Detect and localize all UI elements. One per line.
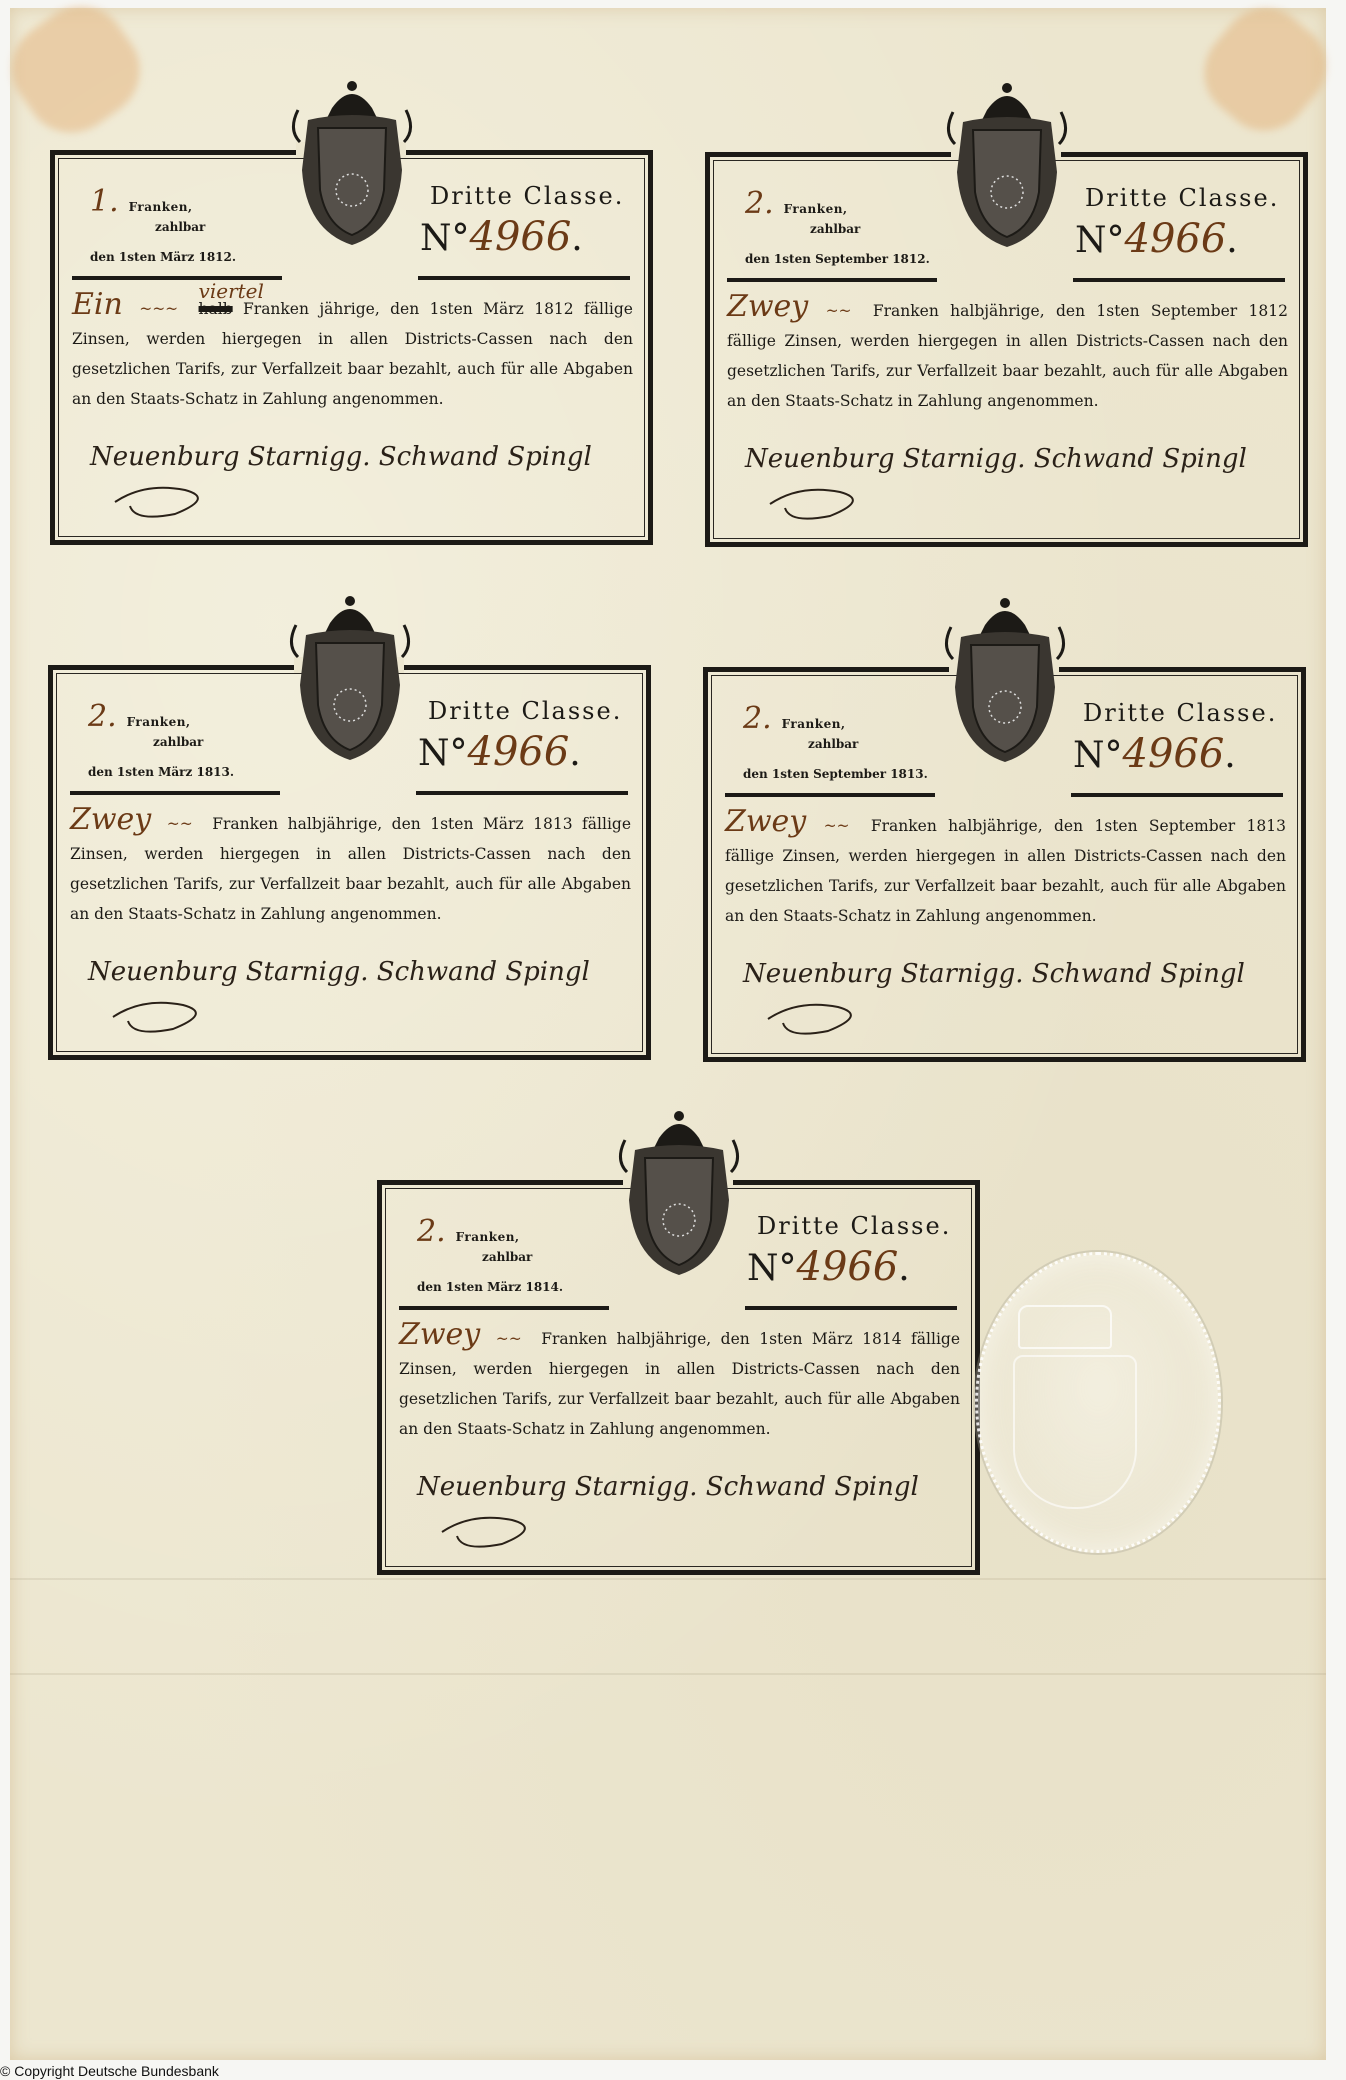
coupon-text: Zwey ~~ Franken halbjährige, den 1sten M… xyxy=(399,1320,960,1444)
signatures: Neuenburg Starnigg. Schwand Spingl xyxy=(90,442,592,472)
coupon-text: Ein ~~~ viertel halb Franken jährige, de… xyxy=(72,290,633,414)
class-label: Dritte Classe. xyxy=(1085,184,1279,212)
payable-label: zahlbar xyxy=(155,220,205,234)
amount-word: Zwey xyxy=(70,802,151,837)
coupon-4: 2. Franken, zahlbar den 1sten September … xyxy=(703,667,1306,1062)
crown-icon xyxy=(1018,1305,1112,1349)
water-stain xyxy=(1186,0,1344,149)
class-label: Dritte Classe. xyxy=(430,182,624,210)
due-date: den 1sten März 1814. xyxy=(417,1280,563,1294)
class-label: Dritte Classe. xyxy=(757,1212,951,1240)
due-date: den 1sten März 1813. xyxy=(88,765,234,779)
water-stain xyxy=(0,0,158,151)
signatures: Neuenburg Starnigg. Schwand Spingl xyxy=(745,444,1247,474)
currency-label: Franken, xyxy=(784,202,848,216)
serial-number: N°4966. xyxy=(420,214,583,260)
due-date: den 1sten März 1812. xyxy=(90,250,236,264)
serial-number: N°4966. xyxy=(747,1244,910,1290)
amount-word: Ein xyxy=(72,287,123,322)
amount-numeral: 2. xyxy=(88,699,117,734)
amount-word: Zwey xyxy=(399,1317,480,1352)
serial-number: N°4966. xyxy=(418,729,581,775)
coupon-2: 2. Franken, zahlbar den 1sten September … xyxy=(705,152,1308,547)
class-label: Dritte Classe. xyxy=(428,697,622,725)
amount-word: Zwey xyxy=(727,289,808,324)
currency-label: Franken, xyxy=(456,1230,520,1244)
amount-numeral: 2. xyxy=(745,186,774,221)
coat-of-arms-icon xyxy=(941,597,1069,767)
signature-flourish-icon xyxy=(105,472,235,520)
coupon-body: Franken halbjährige, den 1sten September… xyxy=(727,302,1288,410)
copyright-notice: © Copyright Deutsche Bundesbank xyxy=(0,2063,219,2079)
coat-of-arms-icon xyxy=(288,80,416,250)
due-date: den 1sten September 1813. xyxy=(743,767,928,781)
coat-of-arms-icon xyxy=(615,1110,743,1280)
signature-flourish-icon xyxy=(103,987,233,1035)
coupon-text: Zwey ~~ Franken halbjährige, den 1sten S… xyxy=(725,807,1286,931)
amount-numeral: 2. xyxy=(417,1214,446,1249)
class-label: Dritte Classe. xyxy=(1083,699,1277,727)
signatures: Neuenburg Starnigg. Schwand Spingl xyxy=(743,959,1245,989)
coupon-5: 2. Franken, zahlbar den 1sten März 1814.… xyxy=(377,1180,980,1575)
amount-word: Zwey xyxy=(725,804,806,839)
due-date: den 1sten September 1812. xyxy=(745,252,930,266)
coat-of-arms-icon xyxy=(286,595,414,765)
coupon-body: Franken halbjährige, den 1sten März 1814… xyxy=(399,1330,960,1438)
shield-icon xyxy=(1013,1355,1137,1509)
currency-label: Franken, xyxy=(127,715,191,729)
signatures: Neuenburg Starnigg. Schwand Spingl xyxy=(88,957,590,987)
currency-label: Franken, xyxy=(129,200,193,214)
signature-flourish-icon xyxy=(758,989,888,1037)
amount-numeral: 1. xyxy=(90,184,119,219)
serial-number: N°4966. xyxy=(1075,216,1238,262)
fold-crease xyxy=(10,1673,1326,1675)
amount-numeral: 2. xyxy=(743,701,772,736)
embossed-seal xyxy=(975,1252,1221,1553)
coupon-text: Zwey ~~ Franken halbjährige, den 1sten S… xyxy=(727,292,1288,416)
payable-label: zahlbar xyxy=(808,737,858,751)
currency-label: Franken, xyxy=(782,717,846,731)
payable-label: zahlbar xyxy=(482,1250,532,1264)
fold-crease xyxy=(10,1578,1326,1580)
coupon-body: Franken halbjährige, den 1sten März 1813… xyxy=(70,815,631,923)
payable-label: zahlbar xyxy=(810,222,860,236)
handwritten-correction: viertel xyxy=(199,276,264,306)
signature-flourish-icon xyxy=(432,1502,562,1550)
coupon-1: 1. Franken, zahlbar den 1sten März 1812.… xyxy=(50,150,653,545)
payable-label: zahlbar xyxy=(153,735,203,749)
signature-flourish-icon xyxy=(760,474,890,522)
signatures: Neuenburg Starnigg. Schwand Spingl xyxy=(417,1472,919,1502)
coupon-text: Zwey ~~ Franken halbjährige, den 1sten M… xyxy=(70,805,631,929)
coupon-3: 2. Franken, zahlbar den 1sten März 1813.… xyxy=(48,665,651,1060)
coupon-body: Franken halbjährige, den 1sten September… xyxy=(725,817,1286,925)
serial-number: N°4966. xyxy=(1073,731,1236,777)
coat-of-arms-icon xyxy=(943,82,1071,252)
